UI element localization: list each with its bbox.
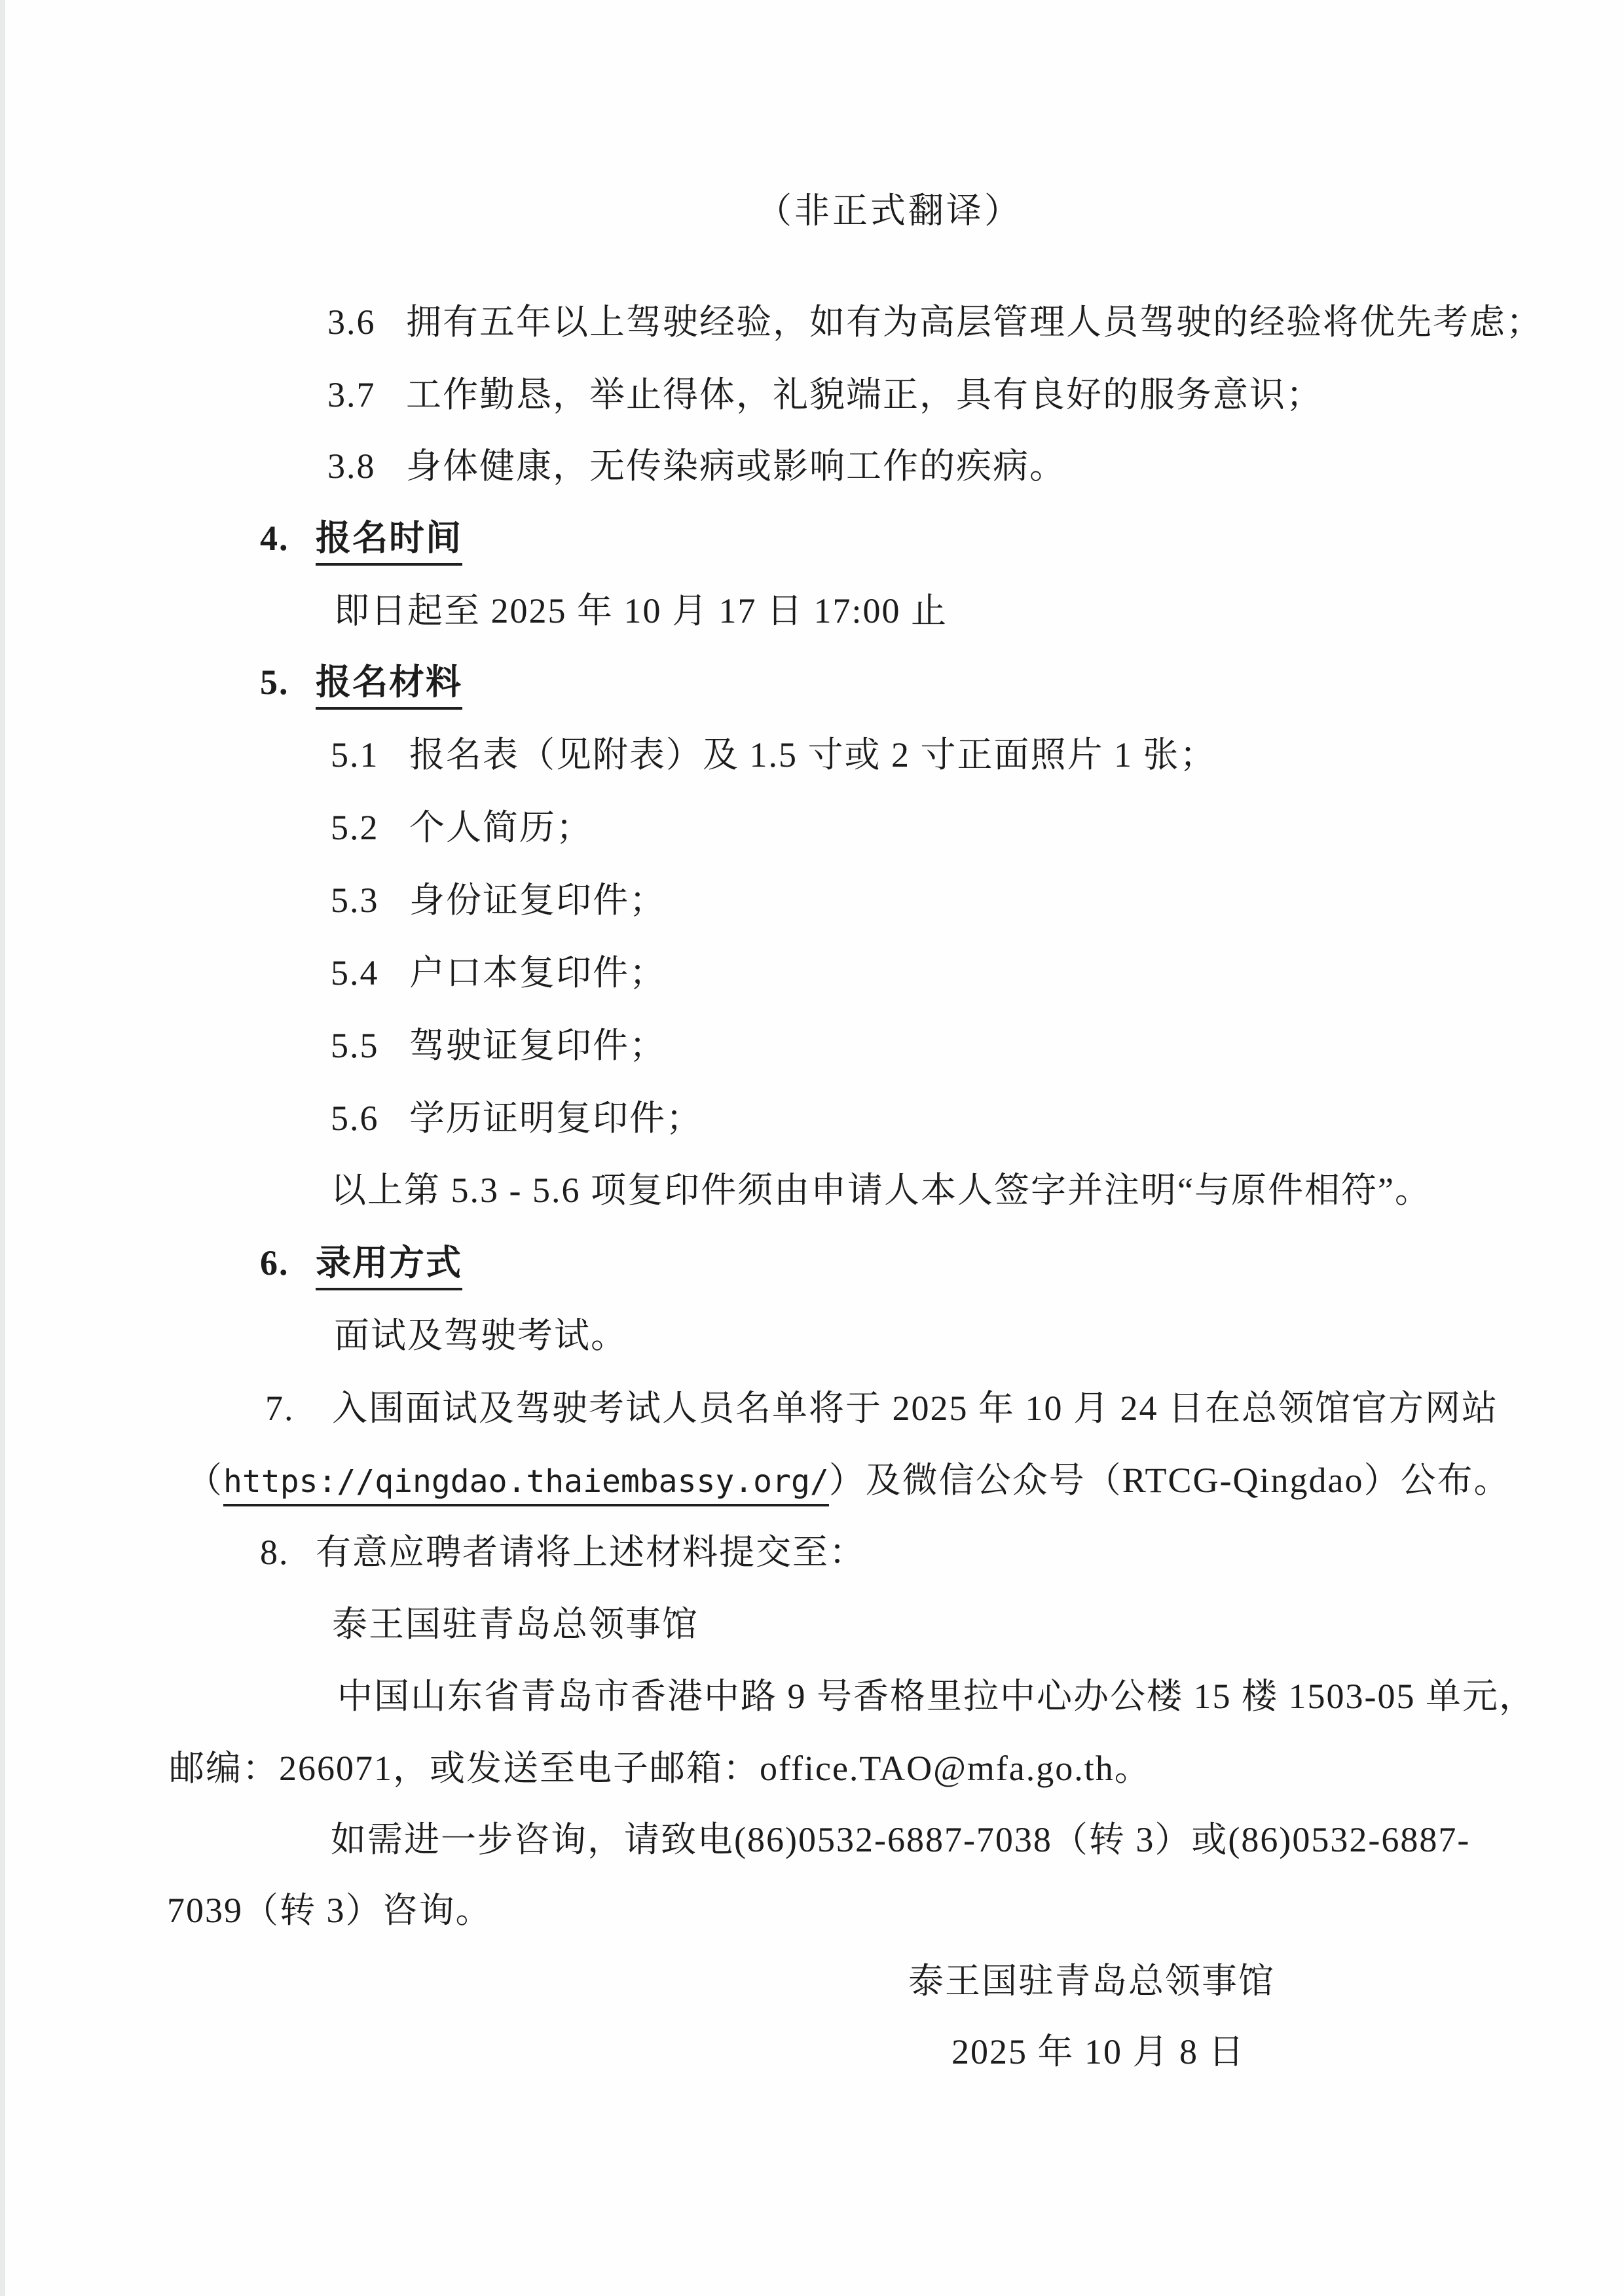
signature-date: 2025 年 10 月 8 日 xyxy=(951,2015,1246,2088)
item-5-4-num: 5.4 xyxy=(331,936,409,1010)
item-5-2-num: 5.2 xyxy=(331,791,409,864)
item-5-5-text: 驾驶证复印件； xyxy=(409,1026,666,1065)
phone-line-1: 如需进一步咨询，请致电(86)0532-6887-7038（转 3）或(86)0… xyxy=(331,1803,1470,1876)
section-7-line1: 7.入围面试及驾驶考试人员名单将于 2025 年 10 月 24 日在总领馆官方… xyxy=(265,1372,1498,1445)
section-5-number: 5. xyxy=(260,646,316,719)
item-3-6: 3.6拥有五年以上驾驶经验，如有为高层管理人员驾驶的经验将优先考虑； xyxy=(327,285,1543,359)
scanned-document-page: （非正式翻译） 3.6拥有五年以上驾驶经验，如有为高层管理人员驾驶的经验将优先考… xyxy=(0,0,1624,2296)
item-5-5: 5.5驾驶证复印件； xyxy=(331,1009,666,1082)
recipient-name: 泰王国驻青岛总领事馆 xyxy=(332,1588,699,1661)
scan-edge-artifact xyxy=(0,0,5,2296)
item-5-5-num: 5.5 xyxy=(331,1009,409,1082)
section-6-heading: 6.录用方式 xyxy=(260,1226,462,1300)
item-5-1-text: 报名表（见附表）及 1.5 寸或 2 寸正面照片 1 张； xyxy=(409,735,1217,774)
item-5-2: 5.2个人简历； xyxy=(331,791,593,864)
item-3-6-num: 3.6 xyxy=(327,285,406,359)
item-3-8: 3.8身体健康，无传染病或影响工作的疾病。 xyxy=(327,429,1066,503)
item-5-6: 5.6学历证明复印件； xyxy=(331,1082,703,1155)
item-5-3-num: 5.3 xyxy=(331,864,409,937)
address-line-2: 邮编：266071，或发送至电子邮箱：office.TAO@mfa.go.th。 xyxy=(169,1732,1151,1805)
address-line-1: 中国山东省青岛市香港中路 9 号香格里拉中心办公楼 15 楼 1503-05 单… xyxy=(337,1660,1536,1733)
section-4-body: 即日起至 2025 年 10 月 17 日 17:00 止 xyxy=(334,574,948,647)
website-url: https://qingdao.thaiembassy.org/ xyxy=(223,1463,829,1506)
item-3-6-text: 拥有五年以上驾驶经验，如有为高层管理人员驾驶的经验将优先考虑； xyxy=(406,302,1543,342)
section-5-heading: 5.报名材料 xyxy=(260,646,462,719)
item-3-7: 3.7工作勤恳，举止得体，礼貌端正，具有良好的服务意识； xyxy=(327,358,1323,431)
section-7-line2-rest: ）及微信公众号（RTCG-Qingdao）公布。 xyxy=(829,1461,1511,1500)
section-8-line: 8.有意应聘者请将上述材料提交至： xyxy=(260,1516,866,1589)
item-5-2-text: 个人简历； xyxy=(409,808,593,847)
phone-line-2: 7039（转 3）咨询。 xyxy=(167,1874,492,1947)
section-6-title: 录用方式 xyxy=(316,1243,462,1290)
item-5-1-num: 5.1 xyxy=(331,718,409,792)
item-5-4-text: 户口本复印件； xyxy=(409,953,666,993)
section-8-number: 8. xyxy=(260,1516,316,1589)
section-4-heading: 4.报名时间 xyxy=(260,501,462,575)
open-paren: （ xyxy=(187,1461,223,1500)
signature-org: 泰王国驻青岛总领事馆 xyxy=(908,1944,1275,2018)
item-5-1: 5.1报名表（见附表）及 1.5 寸或 2 寸正面照片 1 张； xyxy=(331,718,1217,792)
section-8-text: 有意应聘者请将上述材料提交至： xyxy=(316,1533,866,1572)
section-7-text: 入围面试及驾驶考试人员名单将于 2025 年 10 月 24 日在总领馆官方网站 xyxy=(332,1389,1498,1428)
item-3-7-num: 3.7 xyxy=(327,358,406,431)
item-5-6-num: 5.6 xyxy=(331,1082,409,1155)
item-5-6-text: 学历证明复印件； xyxy=(409,1099,703,1138)
item-3-8-text: 身体健康，无传染病或影响工作的疾病。 xyxy=(406,446,1066,486)
section-6-body: 面试及驾驶考试。 xyxy=(334,1299,627,1372)
section-6-number: 6. xyxy=(260,1226,316,1300)
item-3-7-text: 工作勤恳，举止得体，礼貌端正，具有良好的服务意识； xyxy=(406,375,1323,414)
item-3-8-num: 3.8 xyxy=(327,429,406,503)
section-4-title: 报名时间 xyxy=(316,519,462,566)
section-5-note: 以上第 5.3 - 5.6 项复印件须由申请人本人签字并注明“与原件相符”。 xyxy=(331,1154,1431,1227)
section-7-line2: （https://qingdao.thaiembassy.org/）及微信公众号… xyxy=(187,1444,1510,1517)
section-5-title: 报名材料 xyxy=(316,663,462,710)
item-5-3-text: 身份证复印件； xyxy=(409,881,666,920)
doc-title: （非正式翻译） xyxy=(756,174,1022,247)
section-7-number: 7. xyxy=(265,1372,332,1445)
item-5-3: 5.3身份证复印件； xyxy=(331,864,666,937)
item-5-4: 5.4户口本复印件； xyxy=(331,936,666,1010)
section-4-number: 4. xyxy=(260,501,316,575)
